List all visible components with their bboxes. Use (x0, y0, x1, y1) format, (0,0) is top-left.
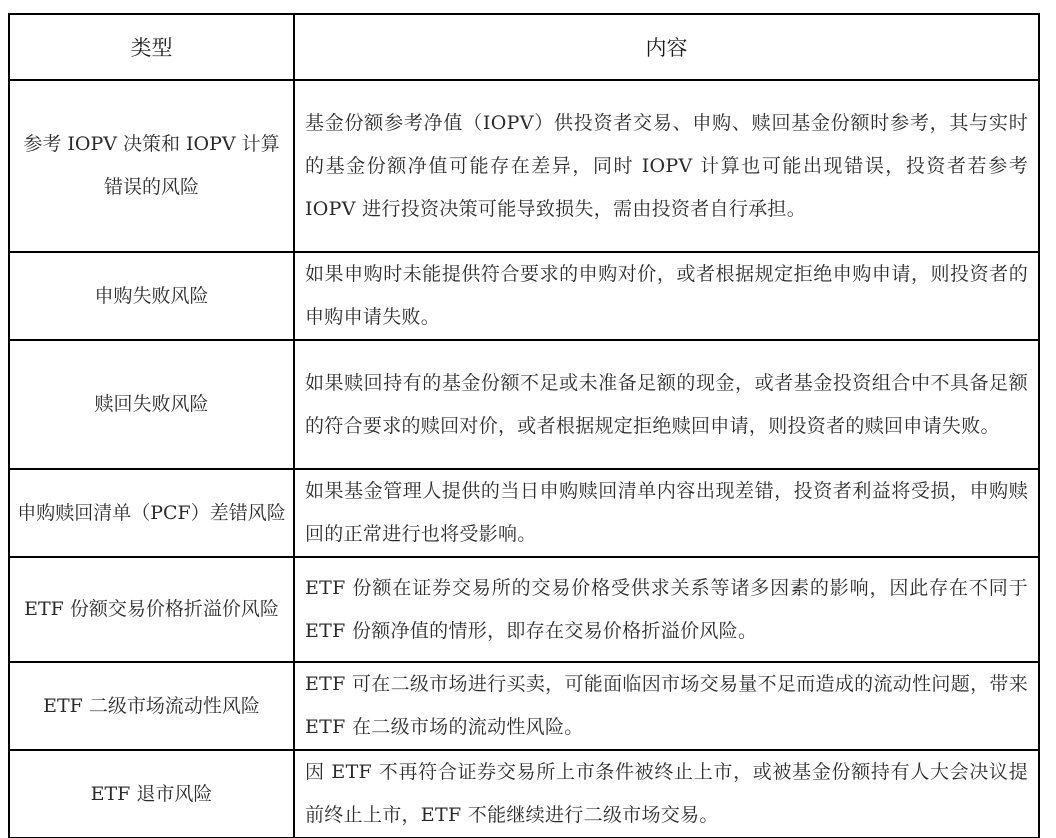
risk-type-cell: 赎回失败风险 (9, 340, 294, 469)
risk-type-cell: ETF 退市风险 (9, 750, 294, 838)
risk-table: 类型 内容 参考 IOPV 决策和 IOPV 计算错误的风险 基金份额参考净值（… (8, 13, 1040, 838)
table-row: 赎回失败风险 如果赎回持有的基金份额不足或未准备足额的现金，或者基金投资组合中不… (9, 340, 1039, 469)
table-row: ETF 二级市场流动性风险 ETF 可在二级市场进行买卖，可能面临因市场交易量不… (9, 662, 1039, 750)
table-row: ETF 份额交易价格折溢价风险 ETF 份额在证券交易所的交易价格受供求关系等诸… (9, 557, 1039, 662)
risk-type-cell: ETF 份额交易价格折溢价风险 (9, 557, 294, 662)
risk-content-cell: 如果基金管理人提供的当日申购赎回清单内容出现差错，投资者利益将受损，申购赎回的正… (294, 469, 1039, 557)
table-row: 申购赎回清单（PCF）差错风险 如果基金管理人提供的当日申购赎回清单内容出现差错… (9, 469, 1039, 557)
header-type: 类型 (9, 14, 294, 80)
header-content: 内容 (294, 14, 1039, 80)
table-header-row: 类型 内容 (9, 14, 1039, 80)
risk-type-cell: ETF 二级市场流动性风险 (9, 662, 294, 750)
table-row: 参考 IOPV 决策和 IOPV 计算错误的风险 基金份额参考净值（IOPV）供… (9, 80, 1039, 252)
risk-content-cell: 如果申购时未能提供符合要求的申购对价，或者根据规定拒绝申购申请，则投资者的申购申… (294, 252, 1039, 340)
risk-type-cell: 申购失败风险 (9, 252, 294, 340)
risk-content-cell: ETF 份额在证券交易所的交易价格受供求关系等诸多因素的影响，因此存在不同于 E… (294, 557, 1039, 662)
table-row: 申购失败风险 如果申购时未能提供符合要求的申购对价，或者根据规定拒绝申购申请，则… (9, 252, 1039, 340)
risk-content-cell: 因 ETF 不再符合证券交易所上市条件被终止上市，或被基金份额持有人大会决议提前… (294, 750, 1039, 838)
risk-content-cell: 基金份额参考净值（IOPV）供投资者交易、申购、赎回基金份额时参考，其与实时的基… (294, 80, 1039, 252)
risk-content-cell: ETF 可在二级市场进行买卖，可能面临因市场交易量不足而造成的流动性问题，带来 … (294, 662, 1039, 750)
risk-content-cell: 如果赎回持有的基金份额不足或未准备足额的现金，或者基金投资组合中不具备足额的符合… (294, 340, 1039, 469)
risk-type-cell: 申购赎回清单（PCF）差错风险 (9, 469, 294, 557)
risk-type-cell: 参考 IOPV 决策和 IOPV 计算错误的风险 (9, 80, 294, 252)
table-row: ETF 退市风险 因 ETF 不再符合证券交易所上市条件被终止上市，或被基金份额… (9, 750, 1039, 838)
